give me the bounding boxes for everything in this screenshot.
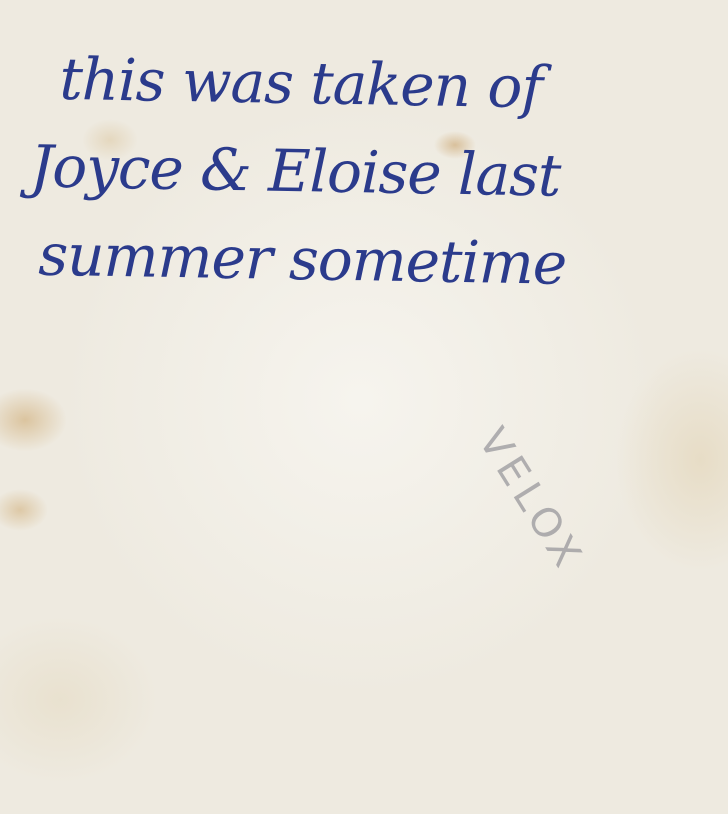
photo-back: this was taken of Joyce & Eloise last su… [0,0,728,814]
note-line-1: this was taken of [31,34,672,133]
note-line-2: Joyce & Eloise last [29,122,670,221]
handwritten-note: this was taken of Joyce & Eloise last su… [28,34,673,309]
note-line-3: summer sometime [28,210,669,309]
velox-stamp: VELOX [469,420,593,580]
